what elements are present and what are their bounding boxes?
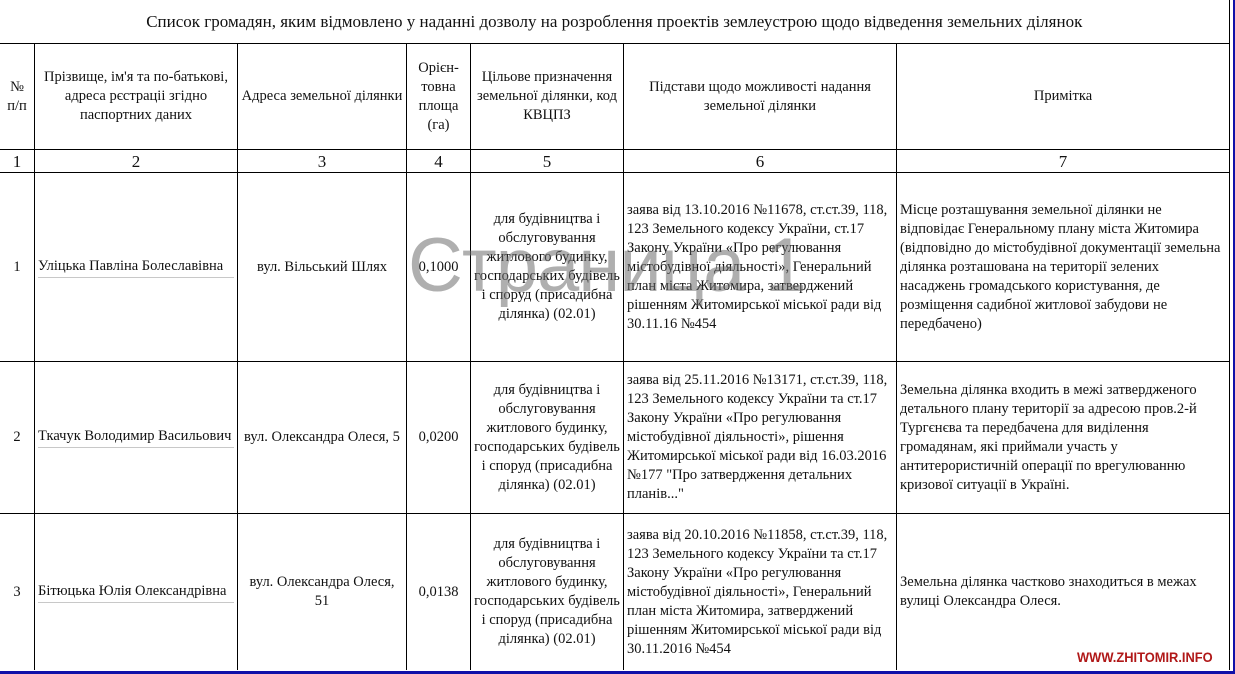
header-address: Адреса земельної ділянки [238,44,407,150]
column-number: 1 [0,150,35,173]
column-number: 2 [35,150,238,173]
row-number: 3 [0,514,35,671]
column-number: 4 [407,150,471,173]
header-area: Орієн-товна площа (га) [407,44,471,150]
land-purpose: для будівництва і обслуговування житлово… [471,362,624,514]
column-number: 7 [897,150,1230,173]
spreadsheet-page: Список громадян, яким відмовлено у надан… [0,0,1233,671]
column-number-row: 1 2 3 4 5 6 7 [0,150,1230,173]
row-number: 2 [0,362,35,514]
column-number: 6 [624,150,897,173]
land-address: вул. Олександра Олеся, 51 [238,514,407,671]
citizen-name: Ткачук Володимир Васильович [38,427,234,448]
table-row: 1 Уліцька Павліна Болеславівна вул. Віль… [0,173,1230,362]
citizen-name-cell: Ткачук Володимир Васильович [35,362,238,514]
header-note: Примітка [897,44,1230,150]
column-number: 3 [238,150,407,173]
land-area: 0,1000 [407,173,471,362]
citizen-name-cell: Уліцька Павліна Болеславівна [35,173,238,362]
note: Земельна ділянка частково знаходиться в … [897,514,1230,671]
land-address: вул. Вільський Шлях [238,173,407,362]
header-purpose: Цільове призначення земельної ділянки, к… [471,44,624,150]
table-row: 2 Ткачук Володимир Васильович вул. Олекс… [0,362,1230,514]
header-number: № п/п [0,44,35,150]
grounds: заява від 13.10.2016 №11678, ст.ст.39, 1… [624,173,897,362]
citizen-name: Бітюцька Юлія Олександрівна [38,582,234,603]
grounds: заява від 25.11.2016 №13171, ст.ст.39, 1… [624,362,897,514]
title-row: Список громадян, яким відмовлено у надан… [0,0,1230,44]
header-row: № п/п Прізвище, ім'я та по-батькові, адр… [0,44,1230,150]
land-area: 0,0138 [407,514,471,671]
refusal-list-table: Список громадян, яким відмовлено у надан… [0,0,1230,670]
header-name: Прізвище, ім'я та по-батькові, адреса рє… [35,44,238,150]
citizen-name-cell: Бітюцька Юлія Олександрівна [35,514,238,671]
note: Земельна ділянка входить в межі затвердж… [897,362,1230,514]
table-row: 3 Бітюцька Юлія Олександрівна вул. Олекс… [0,514,1230,671]
document-title: Список громадян, яким відмовлено у надан… [0,0,1230,44]
column-number: 5 [471,150,624,173]
note: Місце розташування земельної ділянки не … [897,173,1230,362]
header-grounds: Підстави щодо можливості надання земельн… [624,44,897,150]
land-purpose: для будівництва і обслуговування житлово… [471,514,624,671]
land-purpose: для будівництва і обслуговування житлово… [471,173,624,362]
land-address: вул. Олександра Олеся, 5 [238,362,407,514]
land-area: 0,0200 [407,362,471,514]
row-number: 1 [0,173,35,362]
site-watermark: WWW.ZHITOMIR.INFO [1077,649,1213,665]
citizen-name: Уліцька Павліна Болеславівна [38,257,234,278]
grounds: заява від 20.10.2016 №11858, ст.ст.39, 1… [624,514,897,671]
